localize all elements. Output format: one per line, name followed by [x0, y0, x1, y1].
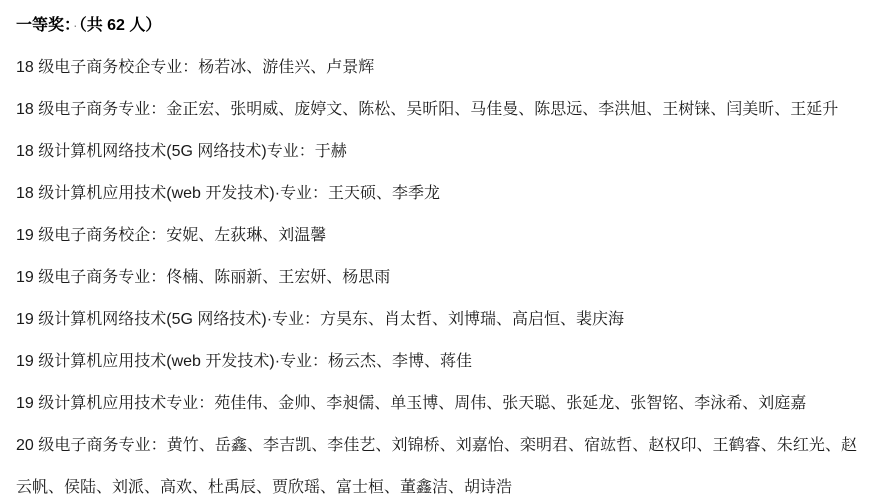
- space-format-mark: ·: [72, 17, 79, 33]
- award-line-19-ecommerce: 19 级电子商务专业：佟楠、陈丽新、王宏妍、杨思雨: [16, 257, 857, 299]
- award-line-18-network-5g: 18 级计算机网络技术(5G 网络技术)专业：于赫: [16, 131, 857, 173]
- award-line-20-ecommerce: 20 级电子商务专业：黄竹、岳鑫、李吉凯、李佳艺、刘锦桥、刘嘉怡、栾明君、宿竑哲…: [16, 425, 857, 502]
- award-line-19-ecommerce-corp: 19 级电子商务校企：安妮、左荻琳、刘温馨: [16, 215, 857, 257]
- award-line-18-applied-web: 18 级计算机应用技术(web 开发技术)·专业：王天硕、李季龙: [16, 173, 857, 215]
- award-heading-count: （共 62 人）: [79, 17, 162, 34]
- award-line-18-ecommerce: 18 级电子商务专业：金正宏、张明威、庞婷文、陈松、吴昕阳、马佳曼、陈思远、李洪…: [16, 89, 857, 131]
- award-line-18-ecommerce-corp: 18 级电子商务校企专业：杨若冰、游佳兴、卢景辉: [16, 47, 857, 89]
- award-document: 一等奖：·（共 62 人） 18 级电子商务校企专业：杨若冰、游佳兴、卢景辉 1…: [0, 0, 873, 502]
- award-line-19-applied: 19 级计算机应用技术专业：苑佳伟、金帅、李昶儒、单玉博、周伟、张天聪、张延龙、…: [16, 383, 857, 425]
- award-line-19-network-5g: 19 级计算机网络技术(5G 网络技术)·专业：方昊东、肖太哲、刘博瑞、高启恒、…: [16, 299, 857, 341]
- award-heading: 一等奖：·（共 62 人）: [16, 4, 857, 47]
- award-heading-title: 一等奖：: [16, 17, 72, 34]
- award-line-19-applied-web: 19 级计算机应用技术(web 开发技术)·专业：杨云杰、李博、蒋佳: [16, 341, 857, 383]
